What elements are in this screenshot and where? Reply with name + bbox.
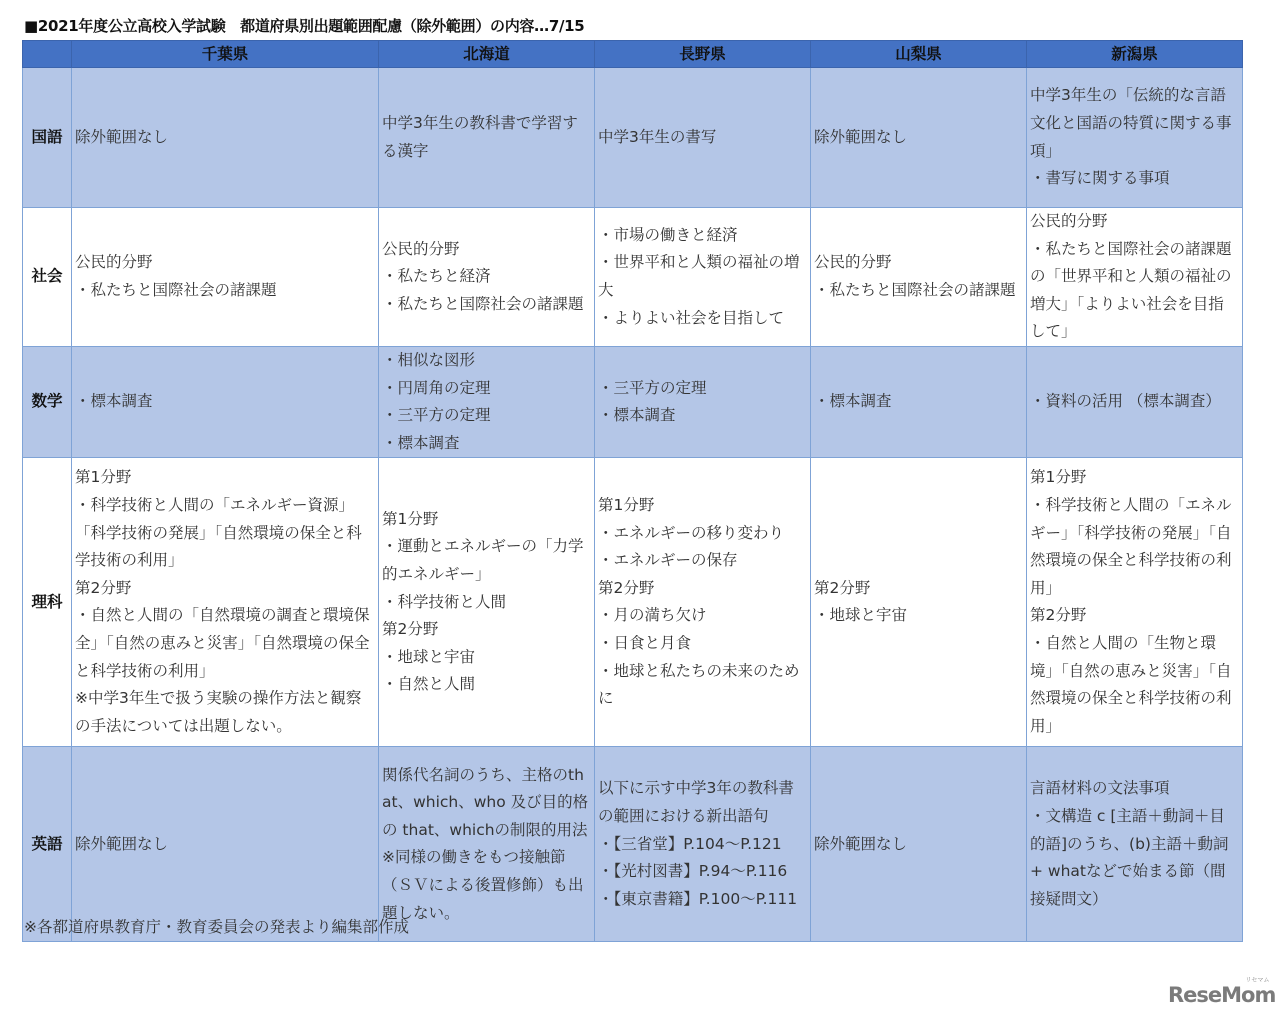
header-hokkaido: 北海道 — [379, 41, 595, 68]
header-yamanashi: 山梨県 — [811, 41, 1027, 68]
cell-chiba: 除外範囲なし — [72, 747, 379, 942]
cell-chiba: 第1分野 ・科学技術と人間の「エネルギー資源」「科学技術の発展」「自然環境の保全… — [72, 458, 379, 747]
cell-niigata: ・資料の活用 （標本調査） — [1027, 346, 1243, 457]
cell-nagano: ・三平方の定理 ・標本調査 — [595, 346, 811, 457]
header-nagano: 長野県 — [595, 41, 811, 68]
cell-chiba: ・標本調査 — [72, 346, 379, 457]
cell-chiba: 公民的分野 ・私たちと国際社会の諸課題 — [72, 208, 379, 347]
header-corner — [23, 41, 72, 68]
page-title: ■2021年度公立高校入学試験 都道府県別出題範囲配慮（除外範囲）の内容…7/1… — [24, 15, 584, 36]
cell-nagano: 以下に示す中学3年の教科書の範囲における新出語句 ・【三省堂】P.104～P.1… — [595, 747, 811, 942]
cell-hokkaido: 中学3年生の教科書で学習する漢字 — [379, 68, 595, 208]
cell-hokkaido: ・相似な図形 ・円周角の定理 ・三平方の定理 ・標本調査 — [379, 346, 595, 457]
cell-nagano: 第1分野 ・エネルギーの移り変わり ・エネルギーの保存 第2分野 ・月の満ち欠け… — [595, 458, 811, 747]
subject-label: 英語 — [23, 747, 72, 942]
row-social-studies: 社会 公民的分野 ・私たちと国際社会の諸課題 公民的分野 ・私たちと経済 ・私た… — [23, 208, 1243, 347]
cell-nagano: ・市場の働きと経済 ・世界平和と人類の福祉の増大 ・よりよい社会を目指して — [595, 208, 811, 347]
subject-label: 理科 — [23, 458, 72, 747]
cell-hokkaido: 公民的分野 ・私たちと経済 ・私たちと国際社会の諸課題 — [379, 208, 595, 347]
logo-ruby: リセマム — [1245, 975, 1269, 984]
cell-niigata: 第1分野 ・科学技術と人間の「エネルギー」「科学技術の発展」「自然環境の保全と科… — [1027, 458, 1243, 747]
cell-yamanashi: 除外範囲なし — [811, 747, 1027, 942]
cell-hokkaido: 関係代名詞のうち、主格のthat、which、who 及び目的格の that、w… — [379, 747, 595, 942]
source-footnote: ※各都道府県教育庁・教育委員会の発表より編集部作成 — [24, 915, 409, 937]
cell-yamanashi: 第2分野 ・地球と宇宙 — [811, 458, 1027, 747]
logo-text: ReseMom — [1168, 983, 1275, 1007]
header-niigata: 新潟県 — [1027, 41, 1243, 68]
resemom-logo: ReseMom リセマム — [1168, 983, 1275, 1007]
header-row: 千葉県 北海道 長野県 山梨県 新潟県 — [23, 41, 1243, 68]
subject-label: 社会 — [23, 208, 72, 347]
cell-yamanashi: 除外範囲なし — [811, 68, 1027, 208]
cell-hokkaido: 第1分野 ・運動とエネルギーの「力学的エネルギー」 ・科学技術と人間 第2分野 … — [379, 458, 595, 747]
row-math: 数学 ・標本調査 ・相似な図形 ・円周角の定理 ・三平方の定理 ・標本調査 ・三… — [23, 346, 1243, 457]
subject-label: 国語 — [23, 68, 72, 208]
subject-label: 数学 — [23, 346, 72, 457]
cell-yamanashi: ・標本調査 — [811, 346, 1027, 457]
cell-niigata: 言語材料の文法事項 ・文構造 c [主語＋動詞＋目的語]のうち、(b)主語＋動詞… — [1027, 747, 1243, 942]
cell-yamanashi: 公民的分野 ・私たちと国際社会の諸課題 — [811, 208, 1027, 347]
exclusion-range-table: 千葉県 北海道 長野県 山梨県 新潟県 国語 除外範囲なし 中学3年生の教科書で… — [22, 40, 1243, 942]
cell-nagano: 中学3年生の書写 — [595, 68, 811, 208]
row-science: 理科 第1分野 ・科学技術と人間の「エネルギー資源」「科学技術の発展」「自然環境… — [23, 458, 1243, 747]
row-english: 英語 除外範囲なし 関係代名詞のうち、主格のthat、which、who 及び目… — [23, 747, 1243, 942]
row-japanese: 国語 除外範囲なし 中学3年生の教科書で学習する漢字 中学3年生の書写 除外範囲… — [23, 68, 1243, 208]
cell-niigata: 中学3年生の「伝統的な言語文化と国語の特質に関する事項」 ・書写に関する事項 — [1027, 68, 1243, 208]
cell-chiba: 除外範囲なし — [72, 68, 379, 208]
cell-niigata: 公民的分野 ・私たちと国際社会の諸課題の「世界平和と人類の福祉の増大」「よりよい… — [1027, 208, 1243, 347]
header-chiba: 千葉県 — [72, 41, 379, 68]
